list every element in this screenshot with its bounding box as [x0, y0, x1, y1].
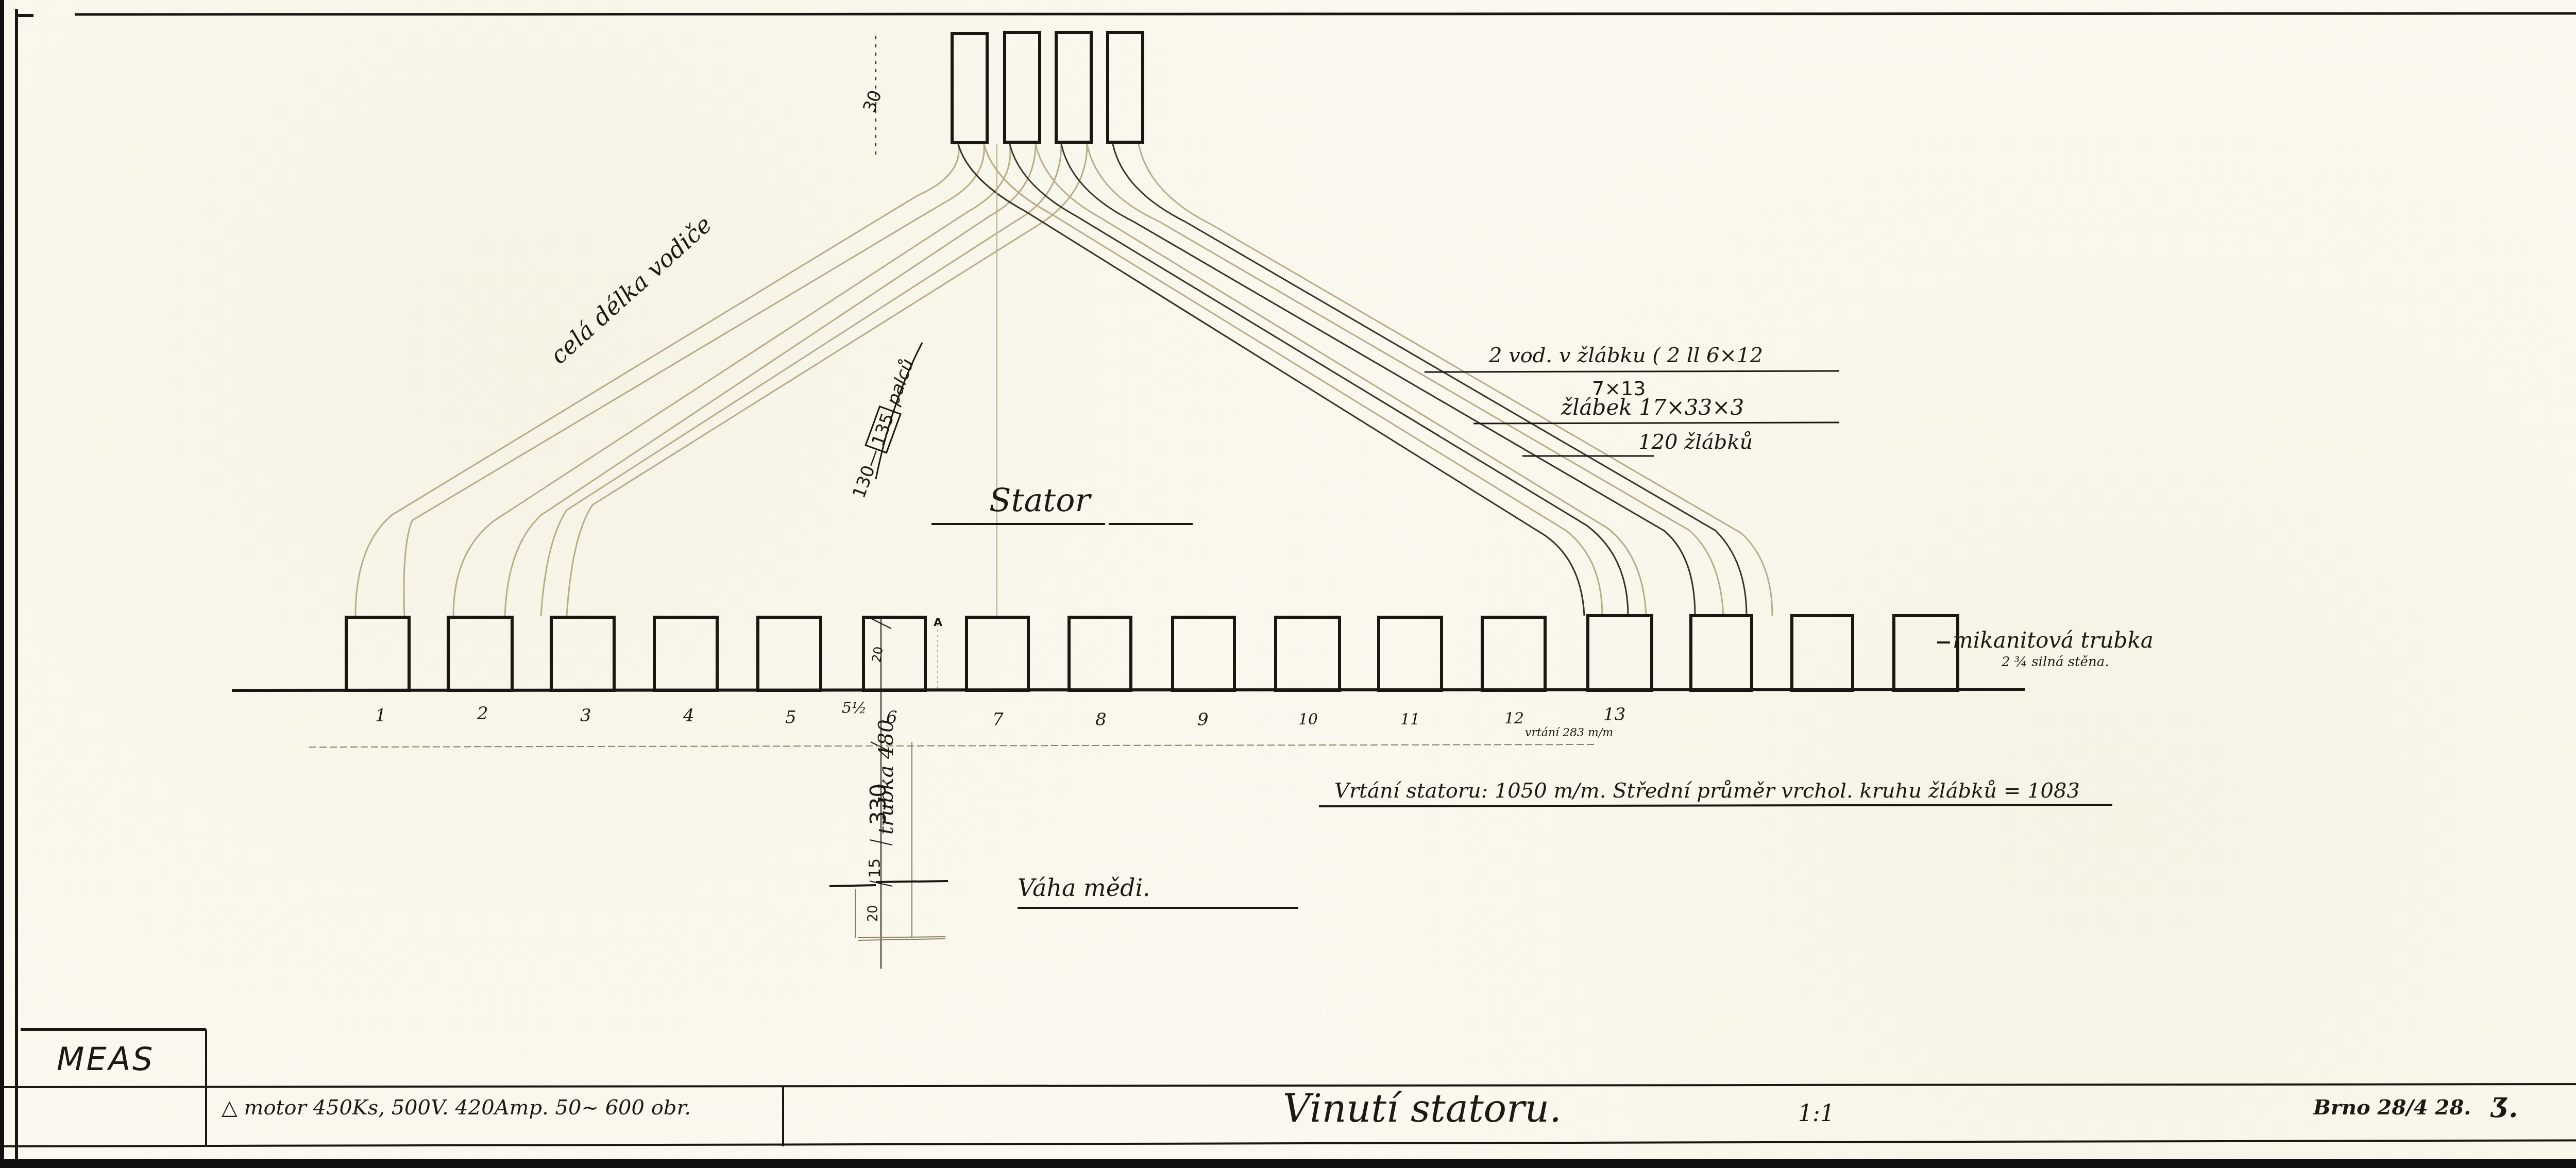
drawing-title: Vinutí statoru.	[1283, 1090, 1562, 1128]
slot-number: 12	[1504, 711, 1524, 726]
scan-edge-bottom	[0, 1159, 2576, 1168]
bore-note: Vrtání statoru: 1050 m/m. Střední průměr…	[1334, 781, 2080, 801]
place-date: Brno 28/4 28.	[2313, 1097, 2471, 1118]
sheet-border	[16, 9, 2576, 1159]
tube-length: trubka 480	[876, 719, 896, 835]
slot-number: 13	[1603, 706, 1625, 723]
slot-number: 10	[1298, 712, 1318, 727]
top-slot-group	[952, 32, 1143, 143]
slot-number: 4	[683, 707, 694, 724]
winding-diagram	[0, 0, 2576, 1168]
slot-number: 3	[580, 707, 591, 724]
scan-edge-left	[0, 0, 4, 1168]
slot-number: 2	[477, 705, 488, 722]
copper-weight-label: Váha mědi.	[1018, 876, 1150, 900]
pitch-dashed-line	[309, 744, 1597, 747]
signature: Ʒ.	[2491, 1095, 2518, 1122]
stator-slots	[346, 616, 1958, 690]
tube-label: mikanitová trubka	[1953, 630, 2154, 651]
annotation-underlines	[1018, 371, 2112, 908]
slot-height-dimension: 20	[870, 646, 885, 663]
coil-paths-left	[355, 144, 1087, 616]
slot-number: 5	[785, 709, 796, 726]
pitch-span-note: vrtání 283 m/m	[1525, 727, 1613, 739]
stator-label: Stator	[989, 484, 1090, 516]
company-name: MEAS	[57, 1043, 155, 1075]
dimension-20-bottom: 20	[867, 905, 880, 922]
motor-spec: △ motor 450Ks, 500V. 420Amp. 50~ 600 obr…	[222, 1097, 691, 1118]
slot-number: 9	[1197, 711, 1209, 729]
slot-half-mark: 5½	[842, 701, 867, 716]
tube-note: 2 ¾ silná stěna.	[2002, 655, 2109, 669]
coil-paths-right-light	[984, 144, 1772, 616]
slot-number: 8	[1095, 711, 1107, 729]
slot-number: 11	[1400, 712, 1420, 727]
slot-number: 1	[375, 707, 386, 724]
slot-number: 7	[992, 711, 1004, 729]
slot-count: 120 žlábků	[1638, 432, 1753, 452]
drawing-sheet: celá délka vodiče 130—135 palců 30 Stato…	[0, 0, 2576, 1168]
marker-a: A	[934, 617, 942, 629]
slot-size: žlábek 17×33×3	[1561, 397, 1744, 418]
conductors-per-slot: 2 vod. v žlábku ( 2 ll 6×12	[1489, 345, 1763, 366]
dimension-15: 15	[868, 858, 883, 878]
drawing-scale: 1:1	[1798, 1103, 1835, 1125]
